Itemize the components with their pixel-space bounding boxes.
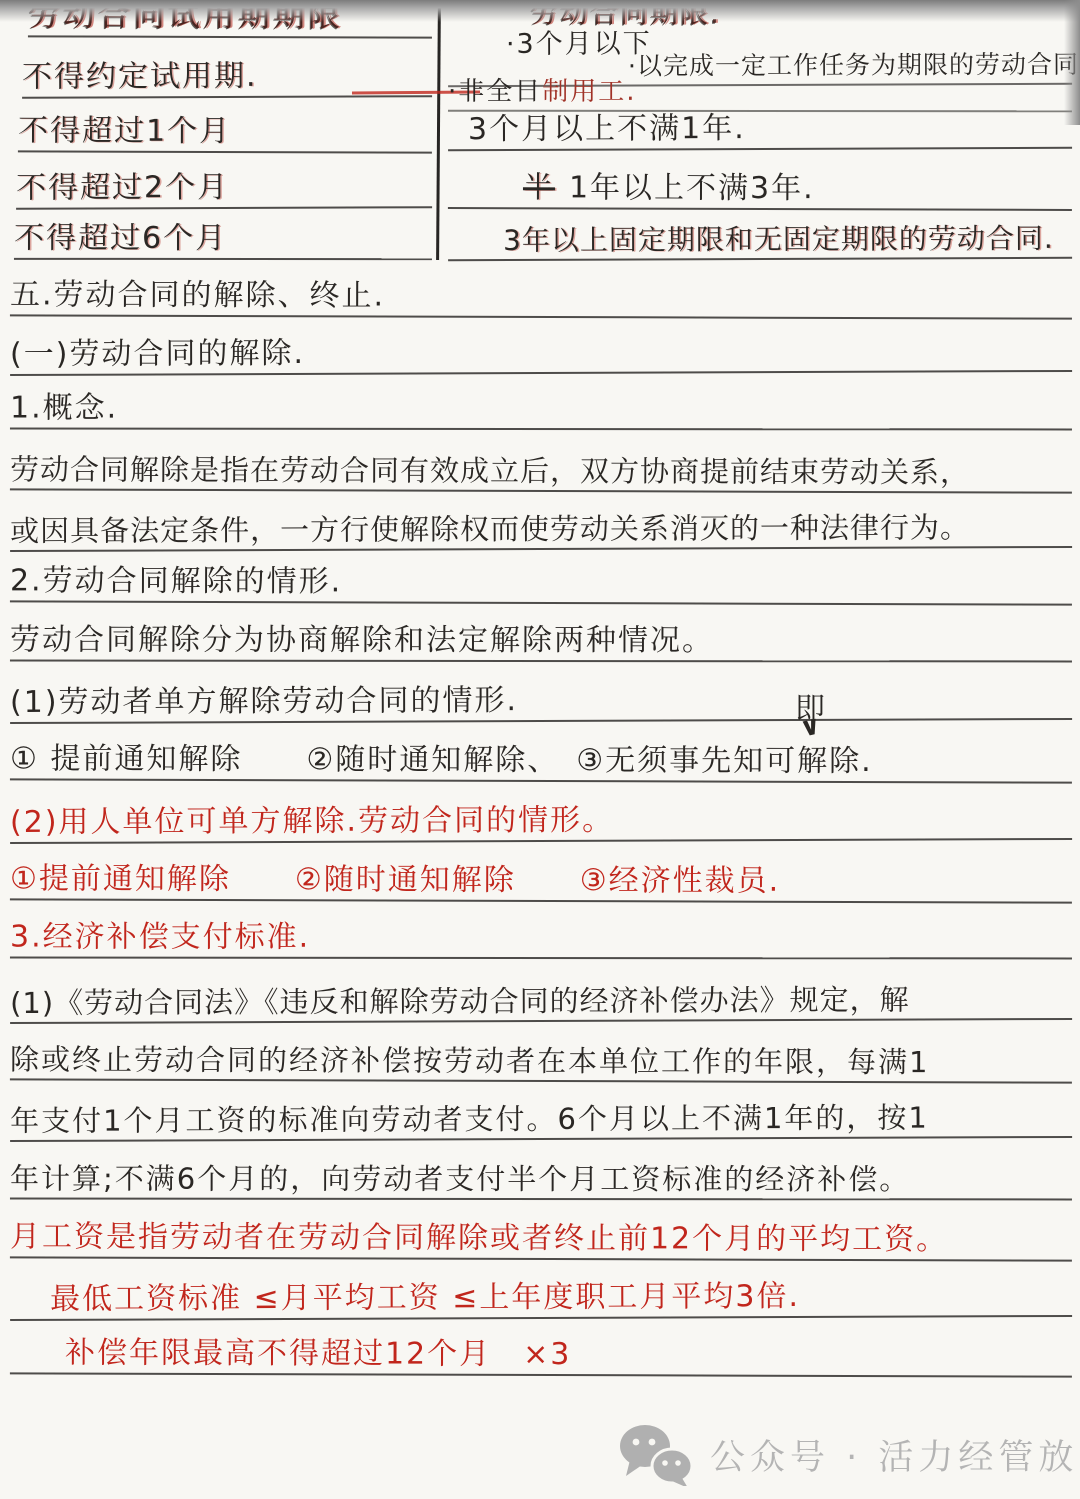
table-column-divider: [436, 0, 441, 260]
wage-range-note: 最低工资标准 ≤月平均工资 ≤上年度职工月平均3倍.: [10, 1260, 1072, 1321]
employer-termination-title: (2)用人单位可单方解除.劳动合同的情形。: [10, 790, 1072, 844]
concept-line: 劳动合同解除是指在劳动合同有效成立后，双方协商提前结束劳动关系，: [10, 438, 1072, 493]
table-right-row-text: 3年以上固定期限和无固定期限的劳动合同.: [503, 223, 1054, 257]
handwritten-notes-page: 劳动合同试用期期限 不得约定试用期. 不得超过1个月 不得超过2个月 不得超过6…: [0, 0, 1080, 1499]
table-right-row: 3年以上固定期限和无固定期限的劳动合同.: [448, 205, 1072, 261]
concept-label: 1.概念.: [10, 384, 1072, 431]
table-right-bullet-red: 制用工.: [542, 78, 636, 108]
worker-termination-title: (1)劳动者单方解除劳动合同的情形.: [10, 670, 1072, 724]
table-right-row: 半 1年以上不满3年.: [448, 147, 1072, 211]
table-right-row-text: 1年以上不满3年.: [569, 171, 815, 206]
photo-top-shadow: [0, 0, 1080, 22]
forms-title: 2.劳动合同解除的情形.: [10, 554, 1072, 605]
concept-line: 或因具备法定条件，一方行使解除权而使劳动关系消灭的一种法律行为。: [10, 494, 1072, 552]
table-right-bullet: ·非全日: [448, 78, 542, 108]
photo-edge-shadow: [1064, 0, 1080, 125]
table-left-row: 不得超过6个月: [14, 209, 432, 260]
compensation-line: 年计算;不满6个月的，向劳动者支付半个月工资标准的经济补偿。: [10, 1144, 1072, 1201]
wechat-icon: [618, 1424, 696, 1486]
compensation-line: 除或终止劳动合同的经济补偿按劳动者在本单位工作的年限，每满1: [10, 1024, 1072, 1083]
table-left-row: 不得约定试用期.: [22, 43, 432, 99]
monthly-wage-note: 月工资是指劳动者在劳动合同解除或者终止前12个月的平均工资。: [10, 1202, 1072, 1261]
section-title: 五.劳动合同的解除、终止.: [10, 270, 1072, 319]
subsection-title: (一)劳动合同的解除.: [10, 324, 1072, 376]
table-left-row: 不得超过1个月: [18, 98, 432, 153]
table-left-row: 不得超过2个月: [16, 152, 432, 210]
watermark-text: 公众号 · 活力经管放飞梦想: [710, 1430, 1080, 1480]
table-right-row-text: 3个月以上不满1年.: [468, 112, 746, 148]
compensation-title: 3.经济补偿支付标准.: [10, 908, 1072, 960]
compensation-cap-text: 补偿年限最高不得超过12个月 ×3: [65, 1336, 572, 1372]
forms-line: 劳动合同解除分为协商解除和法定解除两种情况。: [10, 612, 1072, 663]
watermark: 公众号 · 活力经管放飞梦想: [618, 1424, 1080, 1486]
worker-termination-items: ① 提前通知解除 ②随时通知解除、 ③无须事先知可解除.: [10, 730, 1072, 783]
compensation-cap-note: 补偿年限最高不得超过12个月 ×3: [10, 1318, 1072, 1377]
wage-range-text: 最低工资标准 ≤月平均工资 ≤上年度职工月平均3倍.: [50, 1280, 800, 1317]
compensation-line: (1)《劳动合同法》《违反和解除劳动合同的经济补偿办法》规定，解: [10, 966, 1072, 1024]
table-right-bullet: ·以完成一定工作任务为期限的劳动合同: [628, 51, 1079, 81]
compensation-line: 年支付1个月工资的标准向劳动者支付。6个月以上不满1年的，按1: [10, 1084, 1072, 1142]
table-right-row: 3个月以上不满1年.: [448, 109, 1072, 151]
employer-termination-items: ①提前通知解除 ②随时通知解除 ③经济性裁员.: [10, 846, 1072, 903]
struck-char: 半: [523, 171, 555, 206]
